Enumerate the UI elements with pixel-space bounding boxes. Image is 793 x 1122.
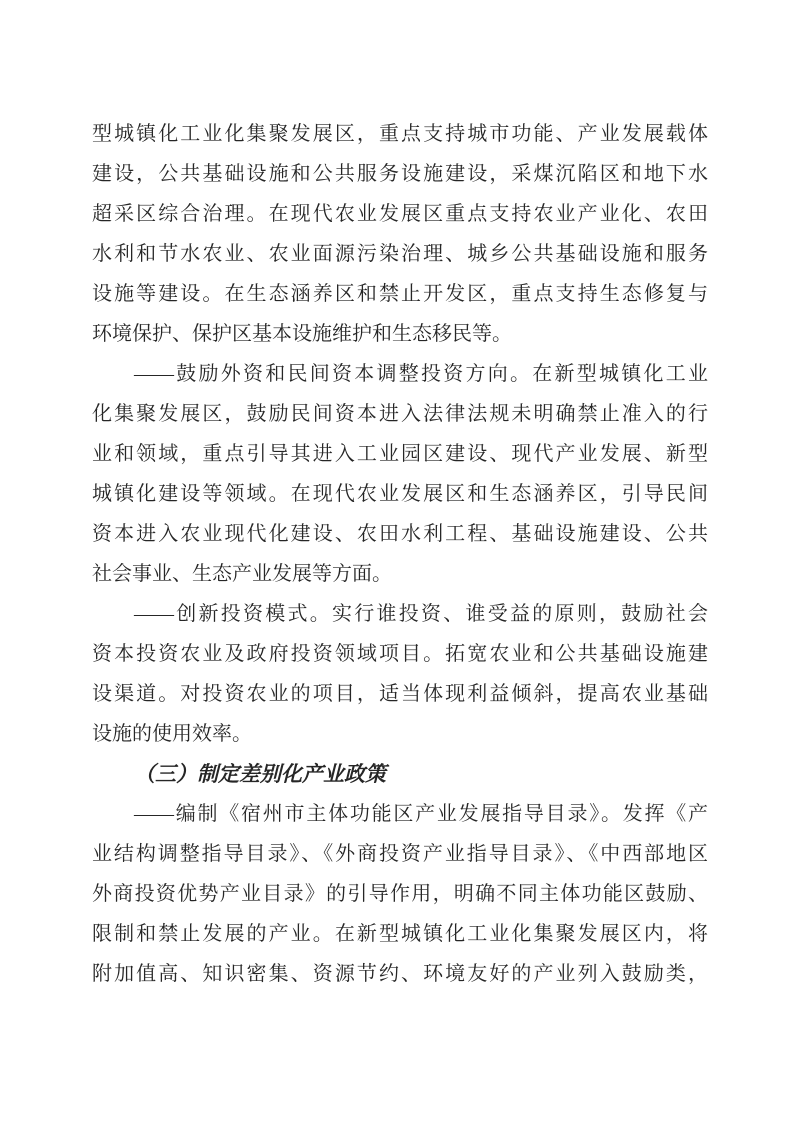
- body-text-line: 设施的使用效率。: [92, 714, 708, 754]
- body-text-line: 设施等建设。在生态涵养区和禁止开发区，重点支持生态修复与: [92, 274, 708, 314]
- body-text-line: 附加值高、知识密集、资源节约、环境友好的产业列入鼓励类，: [92, 954, 708, 994]
- body-text-line: ——鼓励外资和民间资本调整投资方向。在新型城镇化工业: [92, 354, 708, 394]
- body-text-line: 社会事业、生态产业发展等方面。: [92, 554, 708, 594]
- body-text-line: 资本投资农业及政府投资领域项目。拓宽农业和公共基础设施建: [92, 634, 708, 674]
- body-text-line: 型城镇化工业化集聚发展区，重点支持城市功能、产业发展载体: [92, 114, 708, 154]
- body-text-line: ——编制《宿州市主体功能区产业发展指导目录》。发挥《产: [92, 794, 708, 834]
- body-text-line: 城镇化建设等领域。在现代农业发展区和生态涵养区，引导民间: [92, 474, 708, 514]
- body-text-line: 环境保护、保护区基本设施维护和生态移民等。: [92, 314, 708, 354]
- body-text-line: 外商投资优势产业目录》的引导作用，明确不同主体功能区鼓励、: [92, 874, 708, 914]
- body-text-line: 设渠道。对投资农业的项目，适当体现利益倾斜，提高农业基础: [92, 674, 708, 714]
- text-block: 型城镇化工业化集聚发展区，重点支持城市功能、产业发展载体 建设，公共基础设施和公…: [92, 114, 708, 994]
- body-text-line: 业结构调整指导目录》、《外商投资产业指导目录》、《中西部地区: [92, 834, 708, 874]
- body-text-line: 水利和节水农业、农业面源污染治理、城乡公共基础设施和服务: [92, 234, 708, 274]
- document-page: 型城镇化工业化集聚发展区，重点支持城市功能、产业发展载体 建设，公共基础设施和公…: [0, 0, 793, 1122]
- body-text-line: ——创新投资模式。实行谁投资、谁受益的原则，鼓励社会: [92, 594, 708, 634]
- section-heading: （三）制定差别化产业政策: [92, 754, 708, 794]
- body-text-line: 业和领域，重点引导其进入工业园区建设、现代产业发展、新型: [92, 434, 708, 474]
- body-text-line: 资本进入农业现代化建设、农田水利工程、基础设施建设、公共: [92, 514, 708, 554]
- body-text-line: 建设，公共基础设施和公共服务设施建设，采煤沉陷区和地下水: [92, 154, 708, 194]
- body-text-line: 限制和禁止发展的产业。在新型城镇化工业化集聚发展区内，将: [92, 914, 708, 954]
- body-text-line: 化集聚发展区，鼓励民间资本进入法律法规未明确禁止准入的行: [92, 394, 708, 434]
- body-text-line: 超采区综合治理。在现代农业发展区重点支持农业产业化、农田: [92, 194, 708, 234]
